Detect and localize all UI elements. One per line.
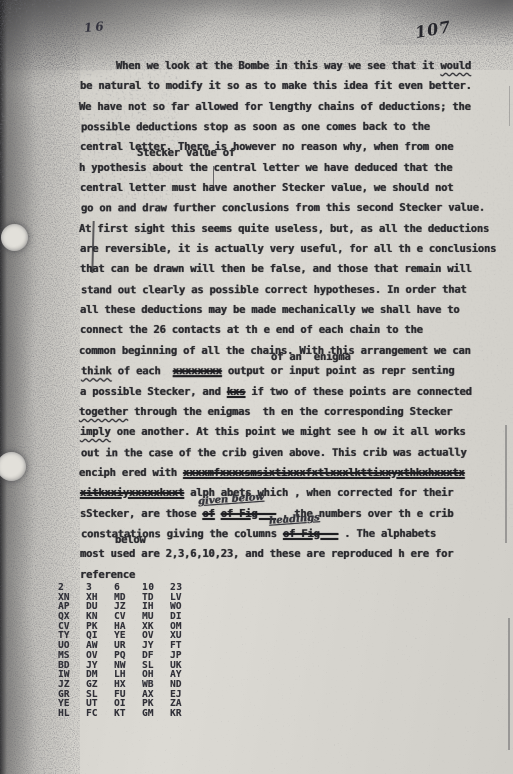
typed-line: enciph ered with xxxxmfxxxxsmsixtixxxfxt… bbox=[79, 463, 507, 483]
scan-edge-artifact bbox=[508, 618, 510, 750]
handwritten-page-number: 107 bbox=[413, 17, 452, 42]
typed-text-segment: sStecker, are those bbox=[80, 508, 202, 520]
typed-text-segment: enciph ered with bbox=[79, 467, 183, 479]
typed-line: be natural to modify it so as to make th… bbox=[80, 76, 508, 96]
typed-line: that can be drawn will then be false, an… bbox=[80, 259, 508, 279]
typed-text-segment: together bbox=[79, 406, 128, 418]
punch-hole bbox=[0, 452, 26, 481]
typed-line: When we look at the Bombe in this way we… bbox=[80, 56, 508, 76]
struck-out-text: kxs bbox=[227, 386, 245, 398]
typed-text-segment: a possible Stecker, and bbox=[80, 386, 227, 398]
typed-text-segment: are reversible, it is actually very usef… bbox=[80, 243, 496, 255]
typed-line: possible deductions stop as soon as one … bbox=[81, 117, 509, 138]
typed-line: connect the 26 contacts at th e end of e… bbox=[80, 320, 508, 340]
typed-text-segment: At first sight this seems quite useless,… bbox=[79, 223, 489, 235]
struck-out-text: of Fig——— bbox=[221, 508, 276, 520]
alphabet-table: 2361023XNXHMDTDLVAPDUJZIHWOQXKNCVMUDICVP… bbox=[58, 583, 198, 719]
typed-text-segment: constatations giving the columns bbox=[81, 528, 283, 540]
typed-text-segment: if two of these points are connected bbox=[245, 386, 472, 398]
stecker-pair-cell: KR bbox=[170, 709, 198, 719]
typed-line: central letter must have another Stecker… bbox=[80, 178, 508, 198]
typed-text-segment: central letter. There is however no reas… bbox=[80, 141, 453, 153]
stecker-pair-cell: KT bbox=[114, 709, 142, 719]
struck-out-text: xxxxxxxx bbox=[173, 365, 222, 377]
typed-line: belowmost used are 2,3,6,10,23, and thes… bbox=[80, 544, 508, 564]
typed-line: go on and draw further conclusions from … bbox=[81, 198, 509, 219]
punch-hole bbox=[1, 224, 28, 251]
handwritten-corner-mark: 16 bbox=[83, 19, 107, 35]
typed-insertion: below bbox=[115, 535, 146, 545]
typed-text-segment: out in the case of the crib given above.… bbox=[81, 446, 467, 459]
typed-text-segment: would bbox=[440, 60, 471, 72]
typed-line: a possible Stecker, and kxs if two of th… bbox=[80, 382, 508, 402]
typed-insertion: of an enigma bbox=[271, 352, 351, 362]
typed-text-segment: connect the 26 contacts at th e end of e… bbox=[80, 324, 423, 336]
typed-line: together through the enigmas th en the c… bbox=[79, 402, 507, 422]
typed-text-segment: reference bbox=[80, 569, 135, 581]
typed-text-segment: When we look at the Bombe in this way we… bbox=[116, 60, 440, 72]
typed-line: imply one another. At this point we migh… bbox=[80, 422, 508, 442]
struck-out-text: xxxxmfxxxxsmsixtixxxfxtlxxxlkttixxyxthkx… bbox=[183, 467, 465, 479]
stecker-pair-cell: HL bbox=[58, 709, 86, 719]
struck-out-text: of bbox=[202, 508, 214, 520]
table-row: HLFCKTGMKR bbox=[58, 709, 198, 719]
typed-text-segment: output or input point as repr senting bbox=[222, 365, 455, 377]
stecker-pair-cell: FC bbox=[86, 709, 114, 719]
typed-line: of an enigmathink of each xxxxxxxx outpu… bbox=[81, 361, 509, 382]
handwritten-annotation: headings bbox=[269, 513, 320, 526]
scanned-document-page: 16 107 When we look at the Bombe in this… bbox=[0, 0, 513, 774]
typed-text-segment: imply bbox=[80, 426, 111, 438]
typed-text-segment: We have not so far allowed for lengthy c… bbox=[79, 101, 471, 113]
typed-text-segment: . The alphabets bbox=[338, 528, 436, 540]
typed-text-segment: think bbox=[81, 365, 112, 377]
typed-text-segment: central letter must have another Stecker… bbox=[80, 182, 453, 194]
typed-text-segment: through the enigmas th en the correspond… bbox=[128, 406, 452, 418]
typed-text-segment: go on and draw further conclusions from … bbox=[81, 202, 485, 215]
typed-line: xitkxxiyxxxxxkxxt alph abets which , whe… bbox=[80, 483, 508, 503]
stecker-pair-cell: GM bbox=[142, 709, 170, 719]
typed-line: stand out clearly as possible correct hy… bbox=[81, 279, 509, 300]
typed-insertion: Stecker value of bbox=[137, 148, 235, 158]
typed-text: When we look at the Bombe in this way we… bbox=[80, 56, 508, 585]
typed-text-segment: stand out clearly as possible correct hy… bbox=[81, 284, 467, 297]
typed-line: Stecker value ofh ypothesis about the ce… bbox=[79, 158, 507, 178]
typed-text-segment: possible deductions stop as soon as one … bbox=[81, 121, 430, 133]
typed-text-segment: most used are 2,3,6,10,23, and these are… bbox=[80, 548, 453, 560]
struck-out-text: xitkxxiyxxxxxkxxt bbox=[80, 487, 184, 499]
typed-text-segment: all these deductions may be made mechani… bbox=[80, 304, 460, 316]
typed-line: out in the case of the crib given above.… bbox=[81, 442, 509, 463]
typed-text-segment: h ypothesis about the central letter we … bbox=[79, 162, 452, 174]
typed-line: We have not so far allowed for lengthy c… bbox=[79, 97, 507, 117]
typed-text-segment: of each bbox=[112, 365, 173, 377]
typed-text-segment: that can be drawn will then be false, an… bbox=[80, 263, 472, 275]
typed-text-segment: one another. At this point we might see … bbox=[111, 426, 466, 438]
typed-line: are reversible, it is actually very usef… bbox=[80, 239, 508, 259]
typed-text-segment: be natural to modify it so as to make th… bbox=[80, 80, 472, 92]
struck-out-text: of Fig——— bbox=[283, 528, 338, 540]
scan-edge-artifact bbox=[509, 86, 510, 126]
typed-line: At first sight this seems quite useless,… bbox=[79, 219, 507, 239]
typed-line: all these deductions may be made mechani… bbox=[80, 300, 508, 320]
